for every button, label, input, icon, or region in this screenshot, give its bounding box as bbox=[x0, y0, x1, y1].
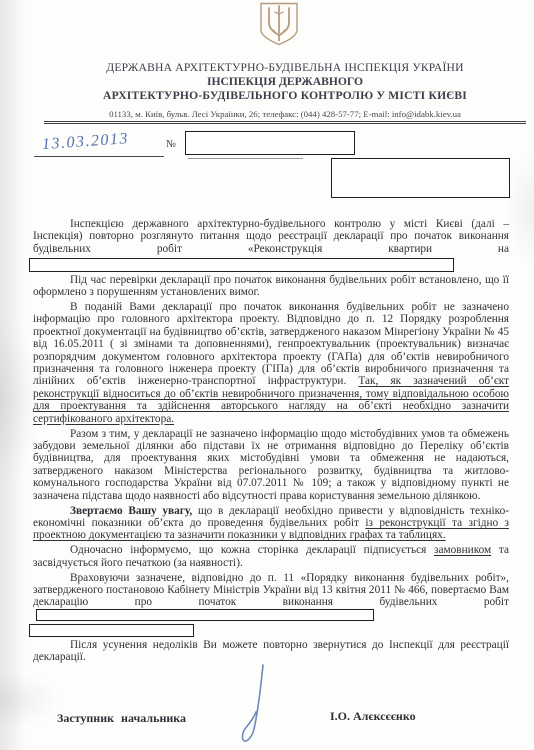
org-name-parent: ДЕРЖАВНА АРХІТЕКТУРНО-БУДІВЕЛЬНА ІНСПЕКЦ… bbox=[40, 61, 530, 74]
signer-position-title: Заступник начальника bbox=[57, 711, 186, 726]
urban-conditions-text: Разом з тим, у декларації не зазначено і… bbox=[33, 428, 509, 502]
paragraph-attention: Звертаємо Вашу увагу, що в декларації не… bbox=[33, 505, 509, 542]
org-name-line2: ІНСПЕКЦІЯ ДЕРЖАВНОГО bbox=[40, 75, 530, 88]
paragraph-urban-conditions: Разом з тим, у декларації не зазначено і… bbox=[33, 428, 509, 502]
paragraph-check-result: Під час перевірки декларації про початок… bbox=[33, 274, 509, 299]
redaction-box-document-number bbox=[185, 131, 355, 155]
org-address: 01133, м. Київ, бульв. Лесі Українки, 26… bbox=[40, 109, 530, 119]
date-underline bbox=[34, 156, 164, 157]
paragraph-return-declaration: Враховуючи зазначене, відповідно до п. 1… bbox=[33, 572, 509, 623]
return-declaration-text: Враховуючи зазначене, відповідно до п. 1… bbox=[33, 572, 509, 609]
signing-pages-pre: Одночасно інформуємо, що кожна сторінка … bbox=[70, 544, 434, 556]
paragraph-intro: Інспекцією державного архітектурно-будів… bbox=[33, 218, 509, 255]
handwritten-date: 13.03.2013 bbox=[42, 128, 163, 154]
signer-name: І.О. Алєксєєнко bbox=[330, 709, 416, 724]
org-name-line3: АРХІТЕКТУРНО-БУДІВЕЛЬНОГО КОНТРОЛЮ У МІС… bbox=[40, 89, 530, 102]
document-number-label: № bbox=[166, 139, 176, 150]
scanned-letter-page: ДЕРЖАВНА АРХІТЕКТУРНО-БУДІВЕЛЬНА ІНСПЕКЦ… bbox=[0, 0, 534, 750]
pen-signature bbox=[230, 653, 290, 750]
ukraine-trident-emblem-icon bbox=[259, 2, 299, 46]
redaction-box-recipient bbox=[331, 158, 510, 198]
letterhead-divider bbox=[44, 121, 526, 124]
paragraph-architect-requirement: В поданій Вами декларації про початок ви… bbox=[33, 301, 509, 425]
letter-body: Інспекцією державного архітектурно-будів… bbox=[33, 218, 509, 666]
redaction-box-declaration-line1 bbox=[36, 609, 374, 621]
paragraph-intro-text: Інспекцією державного архітектурно-будів… bbox=[33, 218, 509, 255]
paragraph-signing-pages: Одночасно інформуємо, що кожна сторінка … bbox=[33, 544, 509, 569]
paragraph-check-result-text: Під час перевірки декларації про початок… bbox=[33, 274, 509, 298]
signing-pages-underlined: замовником bbox=[434, 544, 491, 556]
redaction-box-declaration-line2 bbox=[29, 624, 194, 637]
redaction-box-object-address bbox=[29, 258, 454, 272]
number-underline bbox=[188, 158, 303, 159]
attention-bold: Звертаємо Вашу увагу, bbox=[70, 505, 192, 517]
